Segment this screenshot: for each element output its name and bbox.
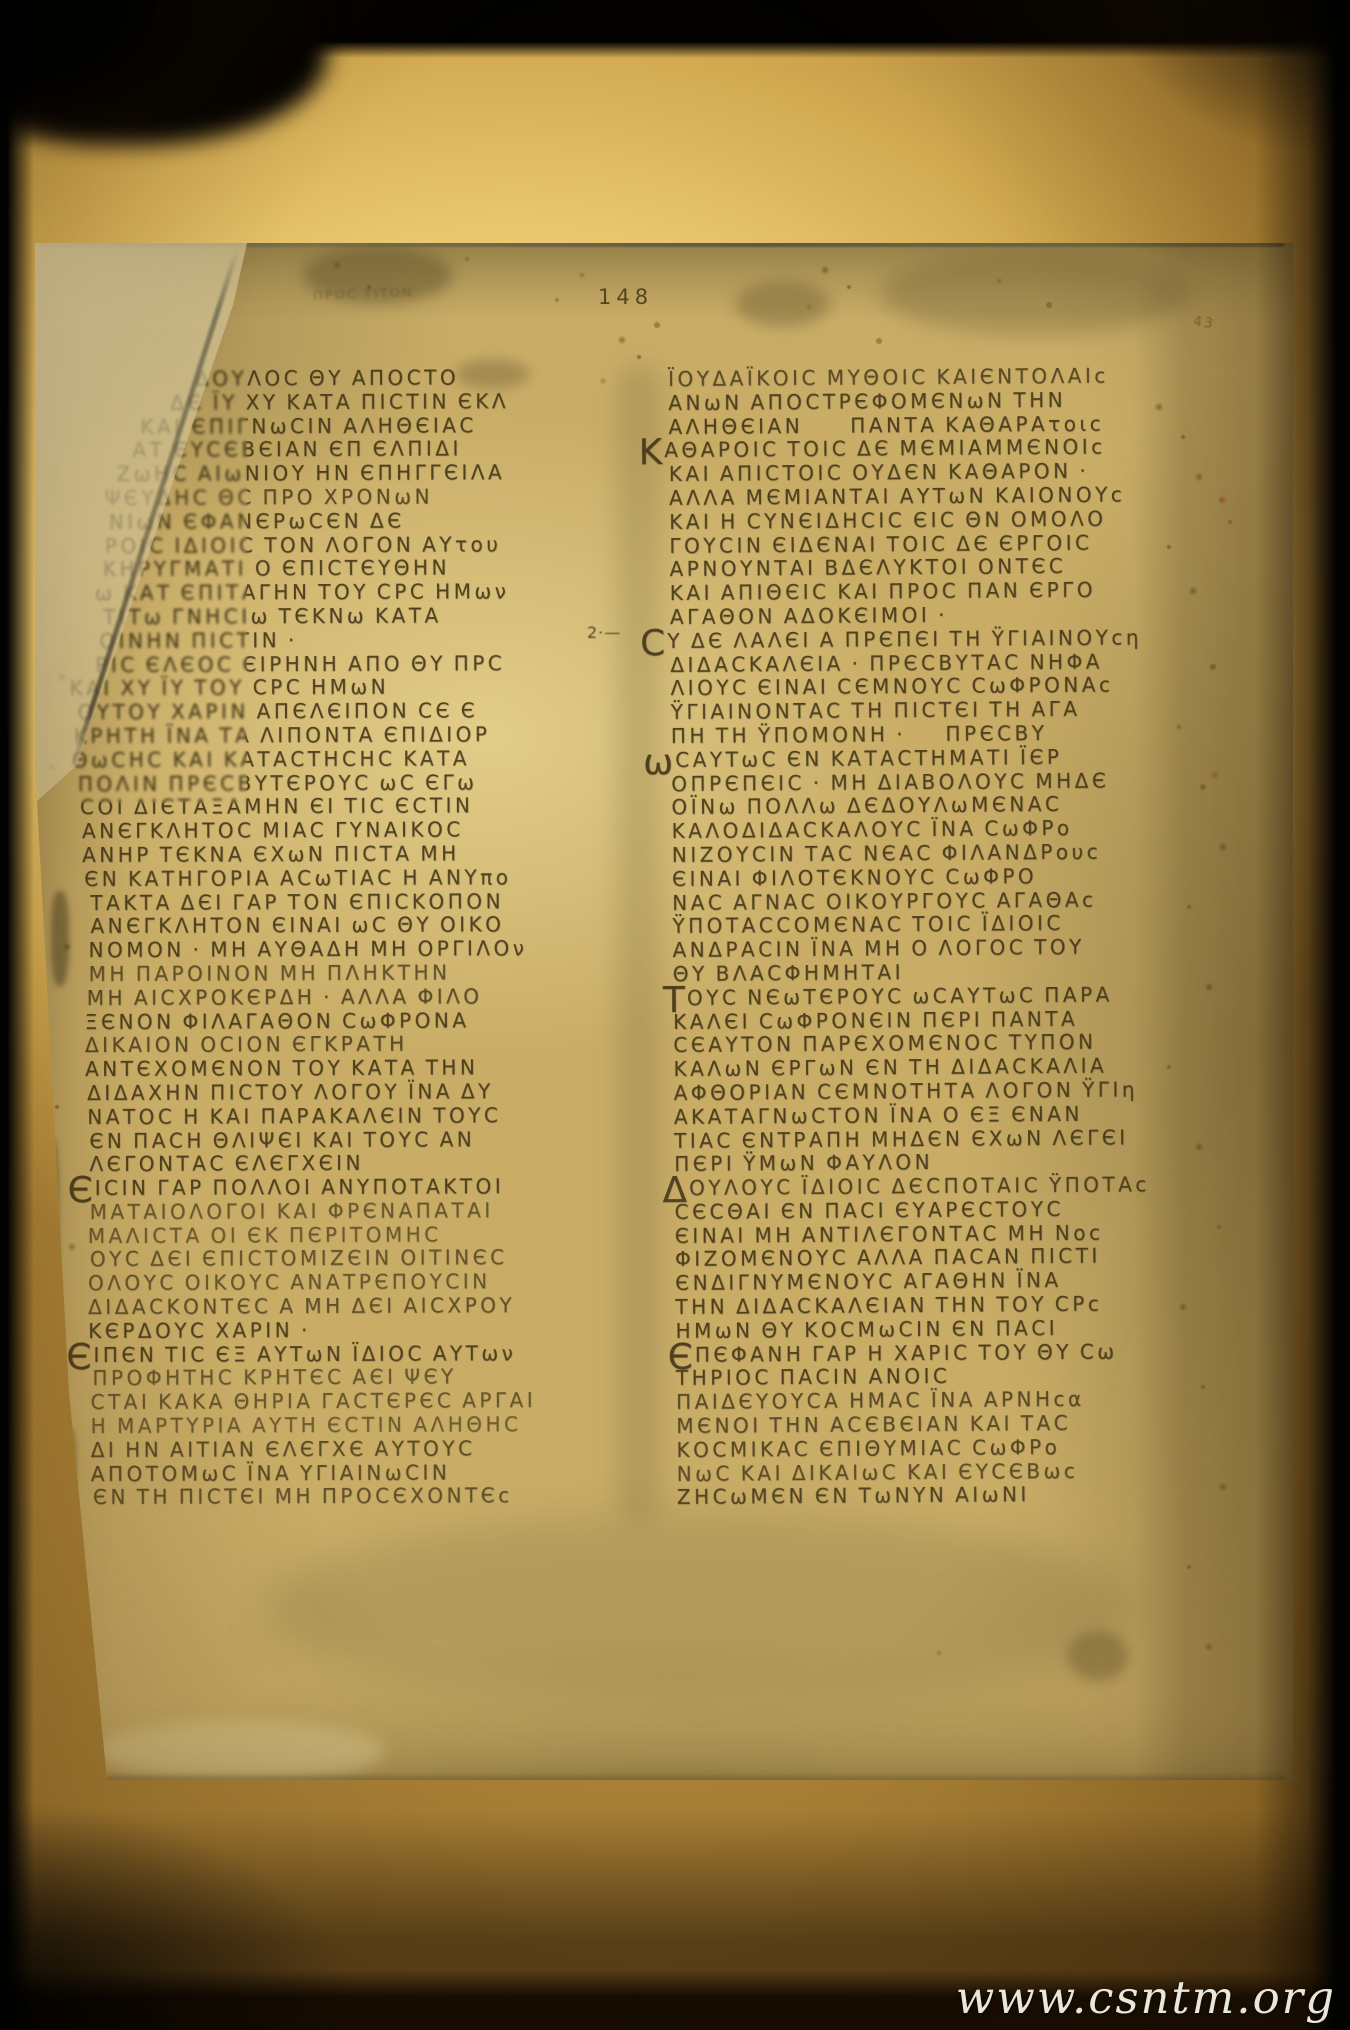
- manuscript-line: ΑΡΝΟΥΝΤΑΙ ΒΔЄΛΥΚΤΟΙ ΟΝΤЄC: [669, 554, 1224, 582]
- manuscript-line: ЄΙΝΑΙ ΜΗ ΑΝΤΙΛЄΓΟΝΤΑC ΜΗ Νοc: [675, 1220, 1230, 1248]
- top-black-band: [0, 0, 1350, 58]
- manuscript-line: ΚΑΛΟΔΙΔΑCΚΑΛΟΥC ΪΝΑ CωΦΡο: [672, 816, 1227, 844]
- stain: [265, 1513, 1135, 1703]
- stain: [1067, 1631, 1129, 1681]
- manuscript-line: CΥ ΔЄ ΛΑΛЄΙ Α ΠΡЄΠЄΙ ΤΗ ΫΓΙΑΙΝΟΥcη: [640, 625, 1225, 653]
- manuscript-line: ΝΙωΝ ЄΦΑΝЄΡωCЄΝ ΔЄ: [109, 508, 656, 534]
- enlarged-initial: C: [640, 623, 667, 664]
- manuscript-line: ΚΗΡΥΓΜΑΤΙ Ο ЄΠΙCΤЄΥΘΗΝ: [103, 556, 656, 582]
- manuscript-line: ΓΟΥCΙΝ ЄΙΔЄΝΑΙ ΤΟΙC ΔЄ ЄΡΓΟΙC: [669, 530, 1224, 558]
- manuscript-line: ΤΙΑC ЄΝΤΡΑΠΗ ΜΗΔЄΝ ЄΧωΝ ΛЄΓЄΙ: [674, 1125, 1229, 1153]
- manuscript-line: ΔΙΔΑCΚΑΛЄΙΑ · ΠΡЄCΒΥΤΑC ΝΗΦΑ: [670, 649, 1225, 677]
- manuscript-line: ΤΗΝ ΔΙΔΑCΚΑΛЄΙΑΝ ΤΗΝ ΤΟΥ CΡc: [675, 1292, 1230, 1320]
- manuscript-line: ΑΛΛΑ ΜЄΜΙΑΝΤΑΙ ΑΥΤωΝ ΚΑΙΟΝΟΥc: [669, 483, 1224, 511]
- manuscript-line: ΚΑΙ ΑΠΙCΤΟΙC ΟΥΔЄΝ ΚΑΘΑΡΟΝ ·: [669, 459, 1224, 487]
- manuscript-line: ΚΑΙ ЄΠΙΓΝωCΙΝ ΑΛΗΘЄΙΑC: [140, 413, 655, 439]
- manuscript-line: ΟΥΤΟΥ ΧΑΡΙΝ ΑΠЄΛЄΙΠΟΝ CЄ Є: [77, 699, 656, 725]
- leaf-bottom-edge: [75, 1773, 1285, 1782]
- manuscript-line: ΝΙΖΟΥCΙΝ ΤΑC ΝЄΑC ΦΙΛΑΝΔΡουc: [672, 840, 1227, 868]
- manuscript-line: ΠЄΡΙ ΫΜωΝ ΦΑΥΛΟΝ: [674, 1149, 1229, 1177]
- manuscript-line: ΛΙΟΥC ЄΙΝΑΙ CЄΜΝΟΥC CωΦΡΟΝΑc: [670, 673, 1225, 701]
- manuscript-line: ΔΙΚΑΙΟΝ ΟCΙΟΝ ЄΓΚΡΑΤΗ: [85, 1032, 658, 1058]
- manuscript-line: ЄΝΔΙΓΝΥΜЄΝΟΥC ΑΓΑΘΗΝ ΪΝΑ: [675, 1268, 1230, 1296]
- manuscript-line: ΝΑΤΟC Η ΚΑΙ ΠΑΡΑΚΑΛЄΙΝ ΤΟΥC: [87, 1103, 658, 1129]
- manuscript-line: ΑΓΑΘΟΝ ΑΔΟΚЄΙΜΟΙ ·: [670, 602, 1225, 630]
- manuscript-line: ΜΗ ΠΑΡΟΙΝΟΝ ΜΗ ΠΛΗΚΤΗΝ: [89, 960, 658, 986]
- manuscript-line: ΚΟCΜΙΚΑC ЄΠΙΘΥΜΙΑC CωΦΡο: [676, 1434, 1231, 1462]
- manuscript-line: ЄΙCΙΝ ΓΑΡ ΠΟΛΛΟΙ ΑΝΥΠΟΤΑΚΤΟΙ: [68, 1175, 659, 1201]
- manuscript-line: ΠΟΛΙΝ ΠΡЄCΒΥΤЄΡΟΥC ωC ЄΓω: [78, 770, 657, 796]
- fold-crease: [70, 247, 240, 768]
- right-margin-strip: [1133, 243, 1293, 1780]
- manuscript-line: ΟΙΝΗΝ ΠΙCΤΙΝ ·: [99, 627, 656, 653]
- manuscript-line: ΦΙΖΟΜЄΝΟΥC ΑΛΛΑ ΠΑCΑΝ ΠΙCΤΙ: [675, 1244, 1230, 1272]
- manuscript-line: ΖΗCωΜЄΝ ЄΝ ΤωΝΥΝ ΑΙωΝΙ: [677, 1482, 1232, 1510]
- manuscript-line: CΟΙ ΔΙЄΤΑΞΑΜΗΝ ЄΙ ΤΙC ЄCΤΙΝ: [80, 794, 657, 820]
- manuscript-line: ΚΑΛωΝ ЄΡΓωΝ ЄΝ ΤΗ ΔΙΔΑCΚΑΛΙΑ: [673, 1054, 1228, 1082]
- manuscript-line: ΟΥC ΔЄΙ ЄΠΙCΤΟΜΙΖЄΙΝ ΟΙΤΙΝЄC: [90, 1246, 659, 1272]
- top-left-shadow: [0, 0, 327, 145]
- margin-smudge: [63, 1428, 76, 1490]
- manuscript-line: ΜЄΝΟΙ ΤΗΝ ΑCЄΒЄΙΑΝ ΚΑΙ ΤΑC: [676, 1411, 1231, 1439]
- manuscript-line: ΚЄΡΔΟΥC ΧΑΡΙΝ ·: [88, 1317, 659, 1343]
- manuscript-line: ΚΑΙ ΑΠΙΘЄΙC ΚΑΙ ΠΡΟC ΠΑΝ ЄΡΓΟ: [670, 578, 1225, 606]
- manuscript-line: ΔΙΔΑCΚΟΝΤЄC Α ΜΗ ΔЄΙ ΑΙCΧΡΟΥ: [88, 1294, 659, 1320]
- manuscript-line: ΝΟΜΟΝ · ΜΗ ΑΥΘΑΔΗ ΜΗ ΟΡΓΙΛΟν: [88, 937, 657, 963]
- page-number: 148: [598, 285, 653, 309]
- manuscript-line: ΚΑΛЄΙ CωΦΡΟΝЄΙΝ ΠЄΡΙ ΠΑΝΤΑ: [673, 1006, 1228, 1034]
- manuscript-line: ΟΪΝω ΠΟΛΛω ΔЄΔΟΥΛωΜЄΝΑC: [671, 792, 1226, 820]
- manuscript-line: ЄΙΝΑΙ ΦΙΛΟΤЄΚΝΟΥC CωΦΡΟ: [672, 863, 1227, 891]
- manuscript-line: ΑΝΗΡ ΤЄΚΝΑ ЄΧωΝ ΠΙCΤΑ ΜΗ: [82, 841, 657, 867]
- manuscript-line: ΖωΗC ΑΙωΝΙΟΥ ΗΝ ЄΠΗΓΓЄΙΛΑ: [116, 461, 655, 487]
- manuscript-line: ЄΠЄΦΑΝΗ ΓΑΡ Η ΧΑΡΙC ΤΟΥ ΘΥ Cω: [668, 1339, 1231, 1367]
- manuscript-line: ΔΟΥΛΟΥC ΪΔΙΟΙC ΔЄCΠΟΤΑΙC ΫΠΟΤΑc: [662, 1173, 1229, 1201]
- enlarged-initial: Є: [668, 1336, 695, 1377]
- stain: [455, 359, 530, 389]
- text-column-right: ΪΟΥΔΑΪΚΟΙC ΜΥΘΟΙC ΚΑΙЄΝΤΟΛΑΙcΑΝωΝ ΑΠΟCΤΡ…: [668, 364, 1232, 1511]
- manuscript-line: ЄΙΠЄΝ ΤΙC ЄΞ ΑΥΤωΝ ΪΔΙΟC ΑΥΤων: [66, 1341, 659, 1367]
- text-column-left: ΔΟΥΛΟC ΘΥ ΑΠΟCΤΟΔЄ ΪΥ ΧΥ ΚΑΤΑ ΠΙCΤΙΝ ЄΚΛ…: [90, 366, 660, 1511]
- manuscript-line: ЄΝ ΠΑCΗ ΘΛΙΨЄΙ ΚΑΙ ΤΟΥC ΑΝ: [89, 1127, 658, 1153]
- enlarged-initial: Κ: [639, 432, 665, 473]
- manuscript-line: ΔΟΥΛΟC ΘΥ ΑΠΟCΤΟ: [195, 366, 655, 392]
- photo-backdrop: [6, 10, 1344, 2022]
- manuscript-line: ΡΟΙC ΙΔΙΟΙC ΤΟΝ ΛΟΓΟΝ ΑΥτου: [105, 532, 656, 558]
- manuscript-line: ΔΙ ΗΝ ΑΙΤΙΑΝ ЄΛЄΓΧЄ ΑΥΤΟΥC: [91, 1436, 660, 1462]
- manuscript-line: ωCΑΥΤωC ЄΝ ΚΑΤΑCΤΗΜΑΤΙ ΪЄΡ: [643, 744, 1226, 772]
- corner-wear: [95, 1721, 385, 1781]
- enlarged-initial: Є: [66, 1337, 93, 1378]
- manuscript-line: ΝΑC ΑΓΝΑC ΟΙΚΟΥΡΓΟΥC ΑΓΑΘΑc: [672, 887, 1227, 915]
- csntm-watermark: www.csntm.org: [956, 1971, 1336, 2024]
- manuscript-line: ΔЄ ΪΥ ΧΥ ΚΑΤΑ ΠΙCΤΙΝ ЄΚΛ: [170, 389, 655, 415]
- photo-vignette: [0, 0, 1350, 2030]
- running-title: ΠΡΟC ΤΙΤΟΝ: [313, 286, 414, 303]
- manuscript-line: ΨЄΥΔΗC ΘC ΠΡΟ ΧΡΟΝωΝ: [105, 485, 656, 511]
- stain: [880, 251, 1190, 335]
- manuscript-line: ΚΡΗΤΗ ΪΝΑ ΤΑ ΛΙΠΟΝΤΑ ЄΠΙΔΙΟΡ: [74, 722, 657, 748]
- enlarged-initial: ω: [643, 742, 675, 783]
- enlarged-initial: Δ: [662, 1170, 689, 1211]
- manuscript-line: ЄΝ ΤΗ ΠΙCΤЄΙ ΜΗ ΠΡΟCЄΧΟΝΤЄc: [93, 1484, 660, 1510]
- folded-corner: [35, 243, 295, 823]
- manuscript-line: ΘΥ ΒΛΑCΦΗΜΗΤΑΙ: [673, 959, 1228, 987]
- chapter-2-marker: 2·—: [587, 623, 621, 642]
- manuscript-line: ΝωC ΚΑΙ ΔΙΚΑΙωC ΚΑΙ ЄΥCЄΒωc: [677, 1458, 1232, 1486]
- ink-speckles: [35, 243, 39, 247]
- gutter-shadow: [617, 363, 661, 1523]
- manuscript-line: ΑΦΘΟΡΙΑΝ CЄΜΝΟΤΗΤΑ ΛΟΓΟΝ ΫΓΙη: [674, 1078, 1229, 1106]
- manuscript-line: ΜΑΤΑΙΟΛΟΓΟΙ ΚΑΙ ΦΡЄΝΑΠΑΤΑΙ: [90, 1198, 659, 1224]
- manuscript-line: ΫΓΙΑΙΝΟΝΤΑC ΤΗ ΠΙCΤЄΙ ΤΗ ΑΓΑ: [671, 697, 1226, 725]
- manuscript-line: ΜΗ ΑΙCΧΡΟΚЄΡΔΗ · ΑΛΛΑ ΦΙΛΟ: [87, 984, 658, 1010]
- manuscript-line: ΑΝΔΡΑCΙΝ ΪΝΑ ΜΗ Ο ΛΟΓΟC ΤΟΥ: [672, 935, 1227, 963]
- manuscript-line: ΘωCΗC ΚΑΙ ΚΑΤΑCΤΗCΗC ΚΑΤΑ: [72, 746, 657, 772]
- manuscript-line: ΑΝЄΓΚΛΗΤΟC ΜΙΑC ΓΥΝΑΙΚΟC: [82, 818, 657, 844]
- manuscript-line: ω ΚΑΤ ЄΠΙΤΑΓΗΝ ΤΟΥ CΡC ΗΜων: [95, 580, 656, 606]
- manuscript-line: ΜΑΛΙCΤΑ ΟΙ ЄΚ ΠЄΡΙΤΟΜΗC: [88, 1222, 659, 1248]
- manuscript-line: CΤΑΙ ΚΑΚΑ ΘΗΡΙΑ ΓΑCΤЄΡЄC ΑΡΓΑΙ: [90, 1389, 659, 1415]
- bottom-black-band: [0, 1970, 1350, 2030]
- manuscript-line: CЄΑΥΤΟΝ ΠΑΡЄΧΟΜЄΝΟC ΤΥΠΟΝ: [673, 1030, 1228, 1058]
- manuscript-line: ΑΠΟΤΟΜωC ΪΝΑ ΥΓΙΑΙΝωCΙΝ: [91, 1460, 660, 1486]
- manuscript-line: ΠΑΙΔЄΥΟΥCΑ ΗΜΑC ΪΝΑ ΑΡΝΗcα: [676, 1387, 1231, 1415]
- leaf-top-edge: [37, 240, 1285, 247]
- manuscript-line: ΤΙΤω ΓΝΗCΙω ΤЄΚΝω ΚΑΤΑ: [103, 604, 656, 630]
- margin-smudge: [43, 1138, 58, 1278]
- manuscript-line: ΟΛΟΥC ΟΙΚΟΥC ΑΝΑΤΡЄΠΟΥCΙΝ: [88, 1270, 659, 1296]
- manuscript-line: ΑΝЄΓΚΛΗΤΟΝ ЄΙΝΑΙ ωC ΘΥ ΟΙΚΟ: [90, 913, 657, 939]
- margin-smudge: [51, 891, 69, 986]
- manuscript-line: ΠΗ ΤΗ ΫΠΟΜΟΝΗ · ΠΡЄCΒΥ: [671, 721, 1226, 749]
- enlarged-initial: Є: [68, 1170, 95, 1211]
- manuscript-line: ΑΝωΝ ΑΠΟCΤΡЄΦΟΜЄΝωΝ ΤΗΝ: [668, 387, 1223, 415]
- red-speckles: [35, 243, 39, 247]
- manuscript-line: ΪΟΥΔΑΪΚΟΙC ΜΥΘΟΙC ΚΑΙЄΝΤΟΛΑΙc: [668, 364, 1223, 392]
- manuscript-leaf: ΠΡΟC ΤΙΤΟΝ 148 43 2·— ΔΟΥΛΟC ΘΥ ΑΠΟCΤΟΔЄ…: [35, 243, 1293, 1780]
- manuscript-line: ΔΙΔΑΧΗΝ ΠΙCΤΟΥ ΛΟΓΟΥ ΪΝΑ ΔΥ: [87, 1079, 658, 1105]
- manuscript-line: ΑΤ ЄΥCЄΒЄΙΑΝ ЄΠ ЄΛΠΙΔΙ: [132, 437, 655, 463]
- manuscript-photo: ΠΡΟC ΤΙΤΟΝ 148 43 2·— ΔΟΥΛΟC ΘΥ ΑΠΟCΤΟΔЄ…: [0, 0, 1350, 2030]
- manuscript-line: ΚΑΙ Η CΥΝЄΙΔΗCΙC ЄΙC ΘΝ ΟΜΟΛΟ: [669, 506, 1224, 534]
- manuscript-line: ΗΜωΝ ΘΥ ΚΟCΜωCΙΝ ЄΝ ΠΑCΙ: [675, 1315, 1230, 1343]
- manuscript-line: Η ΜΑΡΤΥΡΙΑ ΑΥΤΗ ЄCΤΙΝ ΑΛΗΘΗC: [91, 1413, 660, 1439]
- folio-mark: 43: [1192, 314, 1216, 333]
- manuscript-line: ΑΛΗΘЄΙΑΝ ΠΑΝΤΑ ΚΑΘΑΡΑτοιc: [668, 411, 1223, 439]
- manuscript-line: ΟΠΡЄΠЄΙC · ΜΗ ΔΙΑΒΟΛΟΥC ΜΗΔЄ: [671, 768, 1226, 796]
- manuscript-line: ΚΑΙ ΧΥ ΪΥ ΤΟΥ CΡC ΗΜωΝ: [69, 675, 656, 701]
- manuscript-line: ΑΚΑΤΑΓΝωCΤΟΝ ΪΝΑ Ο ЄΞ ЄΝΑΝ: [674, 1101, 1229, 1129]
- manuscript-line: ΫΠΟΤΑCCΟΜЄΝΑC ΤΟΙC ΪΔΙΟΙC: [672, 911, 1227, 939]
- stain: [303, 247, 453, 303]
- manuscript-line: ΡΙC ЄΛЄΟC ЄΙΡΗΝΗ ΑΠΟ ΘΥ ΠΡC: [95, 651, 656, 677]
- manuscript-line: ΛЄΓΟΝΤΑC ЄΛЄΓΧЄΙΝ: [89, 1151, 658, 1177]
- manuscript-line: ΤΑΚΤΑ ΔЄΙ ΓΑΡ ΤΟΝ ЄΠΙCΚΟΠΟΝ: [90, 889, 657, 915]
- manuscript-line: CЄCΘΑΙ ЄΝ ΠΑCΙ ЄΥΑΡЄCΤΟΥC: [675, 1197, 1230, 1225]
- manuscript-line: ЄΝ ΚΑΤΗΓΟΡΙΑ ΑCωΤΙΑC Η ΑΝΥπο: [84, 865, 657, 891]
- enlarged-initial: Τ: [663, 980, 687, 1021]
- manuscript-line: ΑΝΤЄΧΟΜЄΝΟΝ ΤΟΥ ΚΑΤΑ ΤΗΝ: [85, 1056, 658, 1082]
- manuscript-line: ΤΟΥC ΝЄωΤЄΡΟΥC ωCΑΥΤωC ΠΑΡΑ: [663, 982, 1228, 1010]
- manuscript-line: ΞЄΝΟΝ ΦΙΛΑΓΑΘΟΝ CωΦΡΟΝΑ: [85, 1008, 658, 1034]
- manuscript-line: ΤΗΡΙΟC ΠΑCΙΝ ΑΝΟΙC: [676, 1363, 1231, 1391]
- manuscript-line: ΠΡΟΦΗΤΗC ΚΡΗΤЄC ΑЄΙ ΨЄΥ: [92, 1365, 659, 1391]
- stain: [735, 281, 830, 327]
- manuscript-line: ΚΑΘΑΡΟΙC ΤΟΙC ΔЄ ΜЄΜΙΑΜΜЄΝΟΙc: [639, 435, 1224, 463]
